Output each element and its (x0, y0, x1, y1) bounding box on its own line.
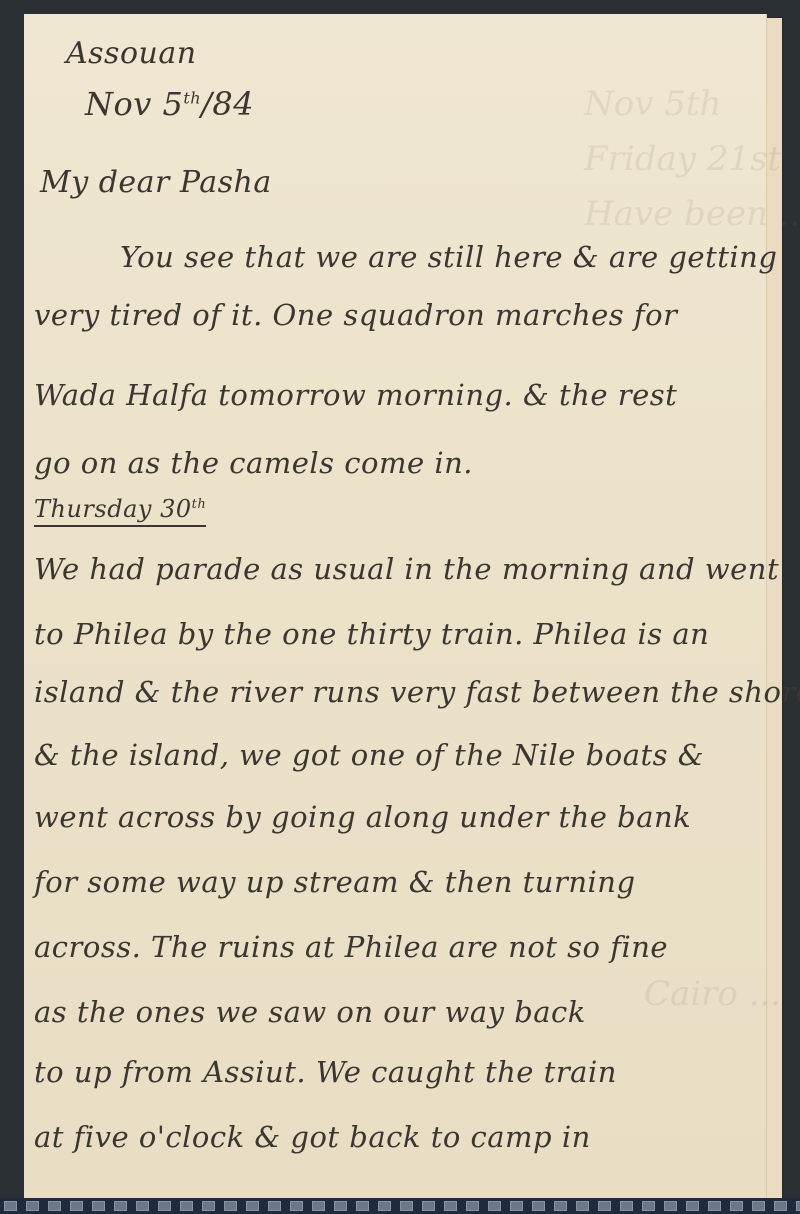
strip-frame (466, 1201, 479, 1211)
body-line: at five o'clock & got back to camp in (34, 1120, 591, 1154)
body-line: Wada Halfa tomorrow morning. & the rest (34, 378, 677, 412)
letter-date: Nov 5th/84 (85, 85, 254, 123)
strip-frame (312, 1201, 325, 1211)
strip-frame (334, 1201, 347, 1211)
strip-frame (290, 1201, 303, 1211)
body-line: across. The ruins at Philea are not so f… (34, 930, 668, 964)
scanner-calibration-strip (0, 1198, 800, 1214)
bleed-through-text: Friday 21st (584, 139, 781, 179)
strip-frame (114, 1201, 127, 1211)
salutation: My dear Pasha (40, 165, 272, 200)
strip-frame (664, 1201, 677, 1211)
body-line: as the ones we saw on our way back (34, 995, 586, 1029)
body-line: go on as the camels come in. (34, 446, 473, 480)
body-line: We had parade as usual in the morning an… (34, 552, 779, 586)
body-line: to Philea by the one thirty train. Phile… (34, 617, 709, 651)
date-suffix: th (183, 88, 201, 107)
strip-frame (576, 1201, 589, 1211)
strip-frame (92, 1201, 105, 1211)
strip-frame (796, 1201, 800, 1211)
strip-frame (4, 1201, 17, 1211)
strip-frame (400, 1201, 413, 1211)
body-line: to up from Assiut. We caught the train (34, 1055, 617, 1089)
strip-frame (598, 1201, 611, 1211)
date-main: Nov 5 (85, 85, 183, 123)
strip-frame (246, 1201, 259, 1211)
strip-frame (620, 1201, 633, 1211)
diary-subheading: Thursday 30th (34, 495, 206, 527)
body-line: island & the river runs very fast betwee… (34, 675, 800, 709)
strip-frame (752, 1201, 765, 1211)
strip-frame (708, 1201, 721, 1211)
strip-frame (202, 1201, 215, 1211)
strip-frame (774, 1201, 787, 1211)
strip-frame (378, 1201, 391, 1211)
strip-frame (70, 1201, 83, 1211)
strip-frame (136, 1201, 149, 1211)
strip-frame (158, 1201, 171, 1211)
subheading-day: Thursday 30 (34, 495, 192, 523)
date-year: /84 (201, 85, 254, 123)
strip-frame (444, 1201, 457, 1211)
strip-frame (510, 1201, 523, 1211)
body-line: for some way up stream & then turning (34, 865, 636, 899)
body-line: & the island, we got one of the Nile boa… (34, 738, 704, 772)
strip-frame (26, 1201, 39, 1211)
strip-frame (642, 1201, 655, 1211)
body-line: went across by going along under the ban… (34, 800, 691, 834)
strip-frame (224, 1201, 237, 1211)
bleed-through-text: Cairo ... (644, 974, 781, 1014)
bleed-through-text: Have been ... with the ... (584, 194, 800, 234)
strip-frame (356, 1201, 369, 1211)
scanned-page: Nov 5th Friday 21st Have been ... with t… (0, 0, 800, 1214)
subheading-suffix: th (192, 497, 207, 512)
strip-frame (532, 1201, 545, 1211)
strip-frame (554, 1201, 567, 1211)
body-line: You see that we are still here & are get… (120, 240, 777, 274)
strip-frame (488, 1201, 501, 1211)
strip-frame (180, 1201, 193, 1211)
letter-place: Assouan (66, 36, 197, 71)
bleed-through-text: Nov 5th (584, 84, 721, 124)
strip-frame (422, 1201, 435, 1211)
strip-frame (730, 1201, 743, 1211)
body-line: very tired of it. One squadron marches f… (34, 298, 677, 332)
strip-frame (686, 1201, 699, 1211)
strip-frame (268, 1201, 281, 1211)
strip-frame (48, 1201, 61, 1211)
